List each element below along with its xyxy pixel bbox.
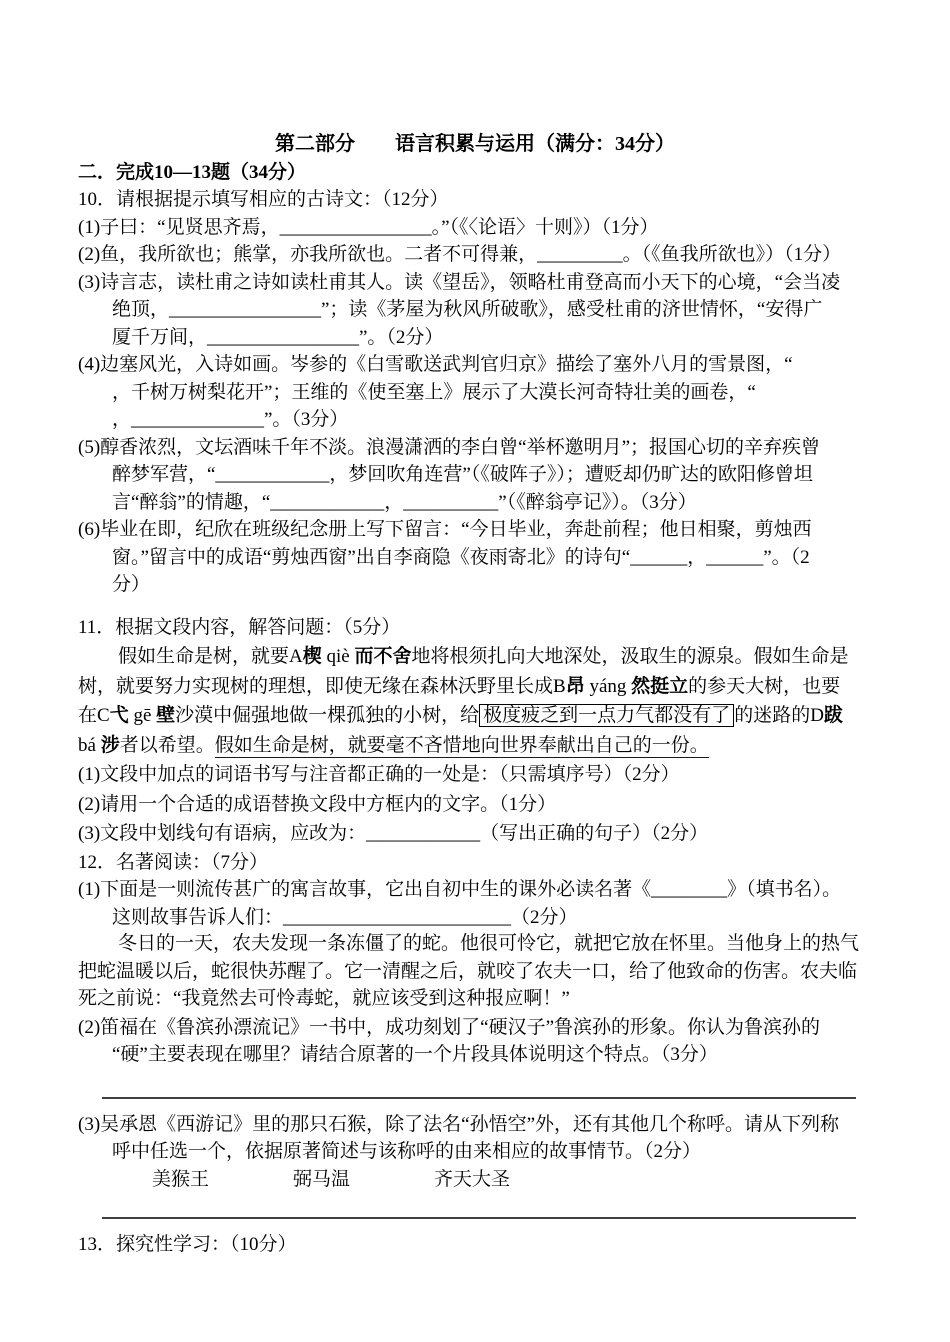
q10-item-4-line-3: ，______________”。（3分） [78,406,872,434]
q10-item-6-line-1: (6)毕业在即，纪欣在班级纪念册上写下留言：“今日毕业，奔赴前程；他日相聚，剪烛… [78,516,872,544]
fable-line-2: 把蛇温暖以后，蛇很快苏醒了。它一清醒之后，就咬了农夫一口，给了他致命的伤害。农夫… [78,959,872,987]
option-qitiandasheng: 齐天大圣 [434,1169,510,1190]
passage-text: 沙漠中倔强地做一棵孤独的小树，给 [175,705,479,726]
passage-text: 者以希望。 [120,735,215,756]
pinyin-ge: gē [129,705,156,726]
q10-item-3-line-2: 绝顶，________________”；读《茅屋为秋风所破歌》，感受杜甫的济世… [78,296,872,324]
passage-text: 在C [78,705,110,726]
dotted-word-bi: 壁 [156,705,175,726]
q10-item-4-line-1: (4)边塞风光，入诗如画。岑参的《白雪歌送武判官归京》描绘了塞外八月的雪景图，“ [78,351,872,379]
dotted-word-ang: 昂 [566,676,585,697]
passage-text: 假如生命是树，就要A [118,646,303,667]
passage-text: 地将根须扎向大地深处，汲取生的源泉。假如生命是 [411,646,848,667]
exam-paper-page: 第二部分 语言积累与运用（满分：34分） 二．完成10—13题（34分） 10．… [0,0,950,1342]
dotted-word-xie: 楔 [303,646,322,667]
q12-title: 12．名著阅读：（7分） [78,849,872,877]
q10-item-6-line-2: 窗。”留言中的成语“剪烛西窗”出自李商隐《夜雨寄北》的诗句“______，___… [78,544,872,572]
q12-item-1-line-2: 这则故事告诉人们：________________________（2分） [78,904,872,932]
option-meihouwang: 美猴王 [152,1169,209,1190]
question-12-block: 12．名著阅读：（7分） (1)下面是一则流传甚广的寓言故事，它出自初中生的课外… [78,849,872,1220]
q13-title: 13．探究性学习：（10分） [78,1231,872,1259]
pinyin-ba: bá [78,735,101,756]
dotted-word-she: 涉 [101,735,120,756]
q12-item-2-line-2: “硬”主要表现在哪里？请结合原著的一个片段具体说明这个特点。（3分） [78,1041,872,1069]
passage-text: 树，就要努力实现树的理想，即使无缘在森林沃野里长成B [78,676,566,697]
monkey-name-options: 美猴王弼马温齐天大圣 [78,1166,872,1194]
option-bimawen: 弼马温 [293,1169,350,1190]
q10-item-5-line-1: (5)醇香浓烈，文坛酒味千年不淡。浪漫潇洒的李白曾“举杯邀明月”；报国心切的辛弃… [78,434,872,462]
q11-passage-line-4: bá 涉者以希望。假如生命是树，就要毫不吝惜地向世界奉献出自己的一份。 [78,731,872,761]
q10-item-5-line-2: 醉梦军营，“____________，梦回吹角连营”（《破阵子》）；遭贬却仍旷达… [78,461,872,489]
passage-text: 的参天大树，也要 [688,676,840,697]
q11-sub-2: (2)请用一个合适的成语替换文段中方框内的文字。（1分） [78,790,872,820]
dotted-word-erbushe: 而不舍 [354,646,411,667]
answer-divider-line-1 [102,1097,856,1099]
q12-item-3-line-2: 呼中任选一个，依据原著简述与该称呼的由来相应的故事情节。（2分） [78,1138,872,1166]
q11-passage-line-2: 树，就要努力实现树的理想，即使无缘在森林沃野里长成B昂 yáng 然挺立的参天大… [78,672,872,702]
pinyin-yang: yáng [585,676,631,697]
section-2-heading: 二．完成10—13题（34分） [78,159,872,187]
dotted-word-yi: 弋 [110,705,129,726]
boxed-phrase: 极度疲乏到一点力气都没有了 [479,704,734,727]
q11-passage-line-3: 在C弋 gē 壁沙漠中倔强地做一棵孤独的小树，给极度疲乏到一点力气都没有了的迷路… [78,701,872,731]
question-13-block: 13．探究性学习：（10分） [78,1231,872,1259]
pinyin-qie: qiè [322,646,355,667]
q12-item-1-line-1: (1)下面是一则流传甚广的寓言故事，它出自初中生的课外必读名著《________… [78,876,872,904]
fable-line-1: 冬日的一天，农夫发现一条冻僵了的蛇。他很可怜它，就把它放在怀里。当他身上的热气 [78,931,872,959]
q10-item-4-line-2: ，千树万树梨花开”；王维的《使至塞上》展示了大漠长河奇特壮美的画卷，“ [78,379,872,407]
q11-sub-3: (3)文段中划线句有语病，应改为：____________（写出正确的句子）（2… [78,819,872,849]
q11-title: 11．根据文段内容，解答问题：（5分） [78,613,872,643]
dotted-word-rantingli: 然挺立 [631,676,688,697]
underlined-sentence: 假如生命是树，就要毫不吝惜地向世界奉献出自己的一份。 [215,735,709,758]
q10-item-1: (1)子曰：“见贤思齐焉，________________。”（《〈论语〉十则》… [78,214,872,242]
q10-item-6-line-3: 分） [78,571,872,599]
q11-sub-1: (1)文段中加点的词语书写与注音都正确的一处是：（只需填序号）（2分） [78,760,872,790]
q10-title: 10．请根据提示填写相应的古诗文：（12分） [78,186,872,214]
answer-divider-line-2 [102,1217,856,1219]
q10-item-2: (2)鱼，我所欲也；熊掌，亦我所欲也。二者不可得兼，_________。（《鱼我… [78,241,872,269]
question-10-block: 10．请根据提示填写相应的古诗文：（12分） (1)子曰：“见贤思齐焉，____… [78,186,872,599]
dotted-word-ba: 跋 [824,705,843,726]
q10-item-5-line-3: 言“醉翁”的情趣，“____________，__________”（《醉翁亭记… [78,489,872,517]
passage-text: 的迷路的D [734,705,824,726]
q12-item-3-line-1: (3)吴承恩《西游记》里的那只石猴，除了法名“孙悟空”外，还有其他几个称呼。请从… [78,1111,872,1139]
question-11-block: 11．根据文段内容，解答问题：（5分） 假如生命是树，就要A楔 qiè 而不舍地… [78,613,872,849]
part-heading: 第二部分 语言积累与运用（满分：34分） [78,131,872,159]
q11-passage-line-1: 假如生命是树，就要A楔 qiè 而不舍地将根须扎向大地深处，汲取生的源泉。假如生… [78,642,872,672]
fable-line-3: 死之前说：“我竟然去可怜毒蛇，就应该受到这种报应啊！” [78,986,872,1014]
q12-item-2-line-1: (2)笛福在《鲁滨孙漂流记》一书中，成功刻划了“硬汉子”鲁滨孙的形象。你认为鲁滨… [78,1014,872,1042]
fable-story-paragraph: 冬日的一天，农夫发现一条冻僵了的蛇。他很可怜它，就把它放在怀里。当他身上的热气 … [78,931,872,1014]
q10-item-3-line-3: 厦千万间，________________”。（2分） [78,324,872,352]
q10-item-3-line-1: (3)诗言志，读杜甫之诗如读杜甫其人。读《望岳》，领略杜甫登高而小天下的心境，“… [78,269,872,297]
